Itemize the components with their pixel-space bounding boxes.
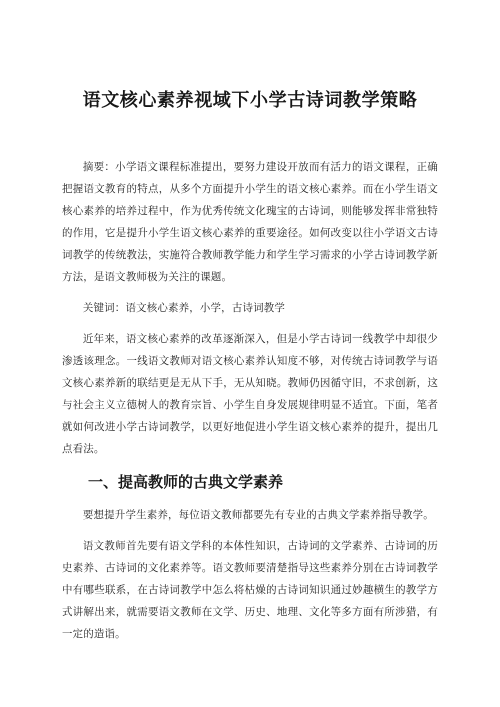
document-page: 语文核心素养视域下小学古诗词教学策略 摘要：小学语文课程标准提出，要努力建设开放… (0, 0, 500, 707)
introduction-paragraph: 近年来，语文核心素养的改革逐渐深入，但是小学古诗词一线教学中却很少渗透该理念。一… (62, 329, 438, 461)
section-lead-paragraph: 要想提升学生素养，每位语文教师都要先有专业的古典文学素养指导教学。 (62, 505, 438, 527)
abstract-paragraph: 摘要：小学语文课程标准提出，要努力建设开放而有活力的语文课程，正确把握语文教育的… (62, 157, 438, 289)
section-body-paragraph: 语文教师首先要有语文学科的本体性知识，古诗词的文学素养、古诗词的历史素养、古诗词… (62, 536, 438, 646)
document-title: 语文核心素养视域下小学古诗词教学策略 (62, 88, 438, 112)
keywords-line: 关键词：语文核心素养，小学，古诗词教学 (62, 298, 438, 320)
section-heading-1: 一、提高教师的古典文学素养 (62, 470, 438, 496)
